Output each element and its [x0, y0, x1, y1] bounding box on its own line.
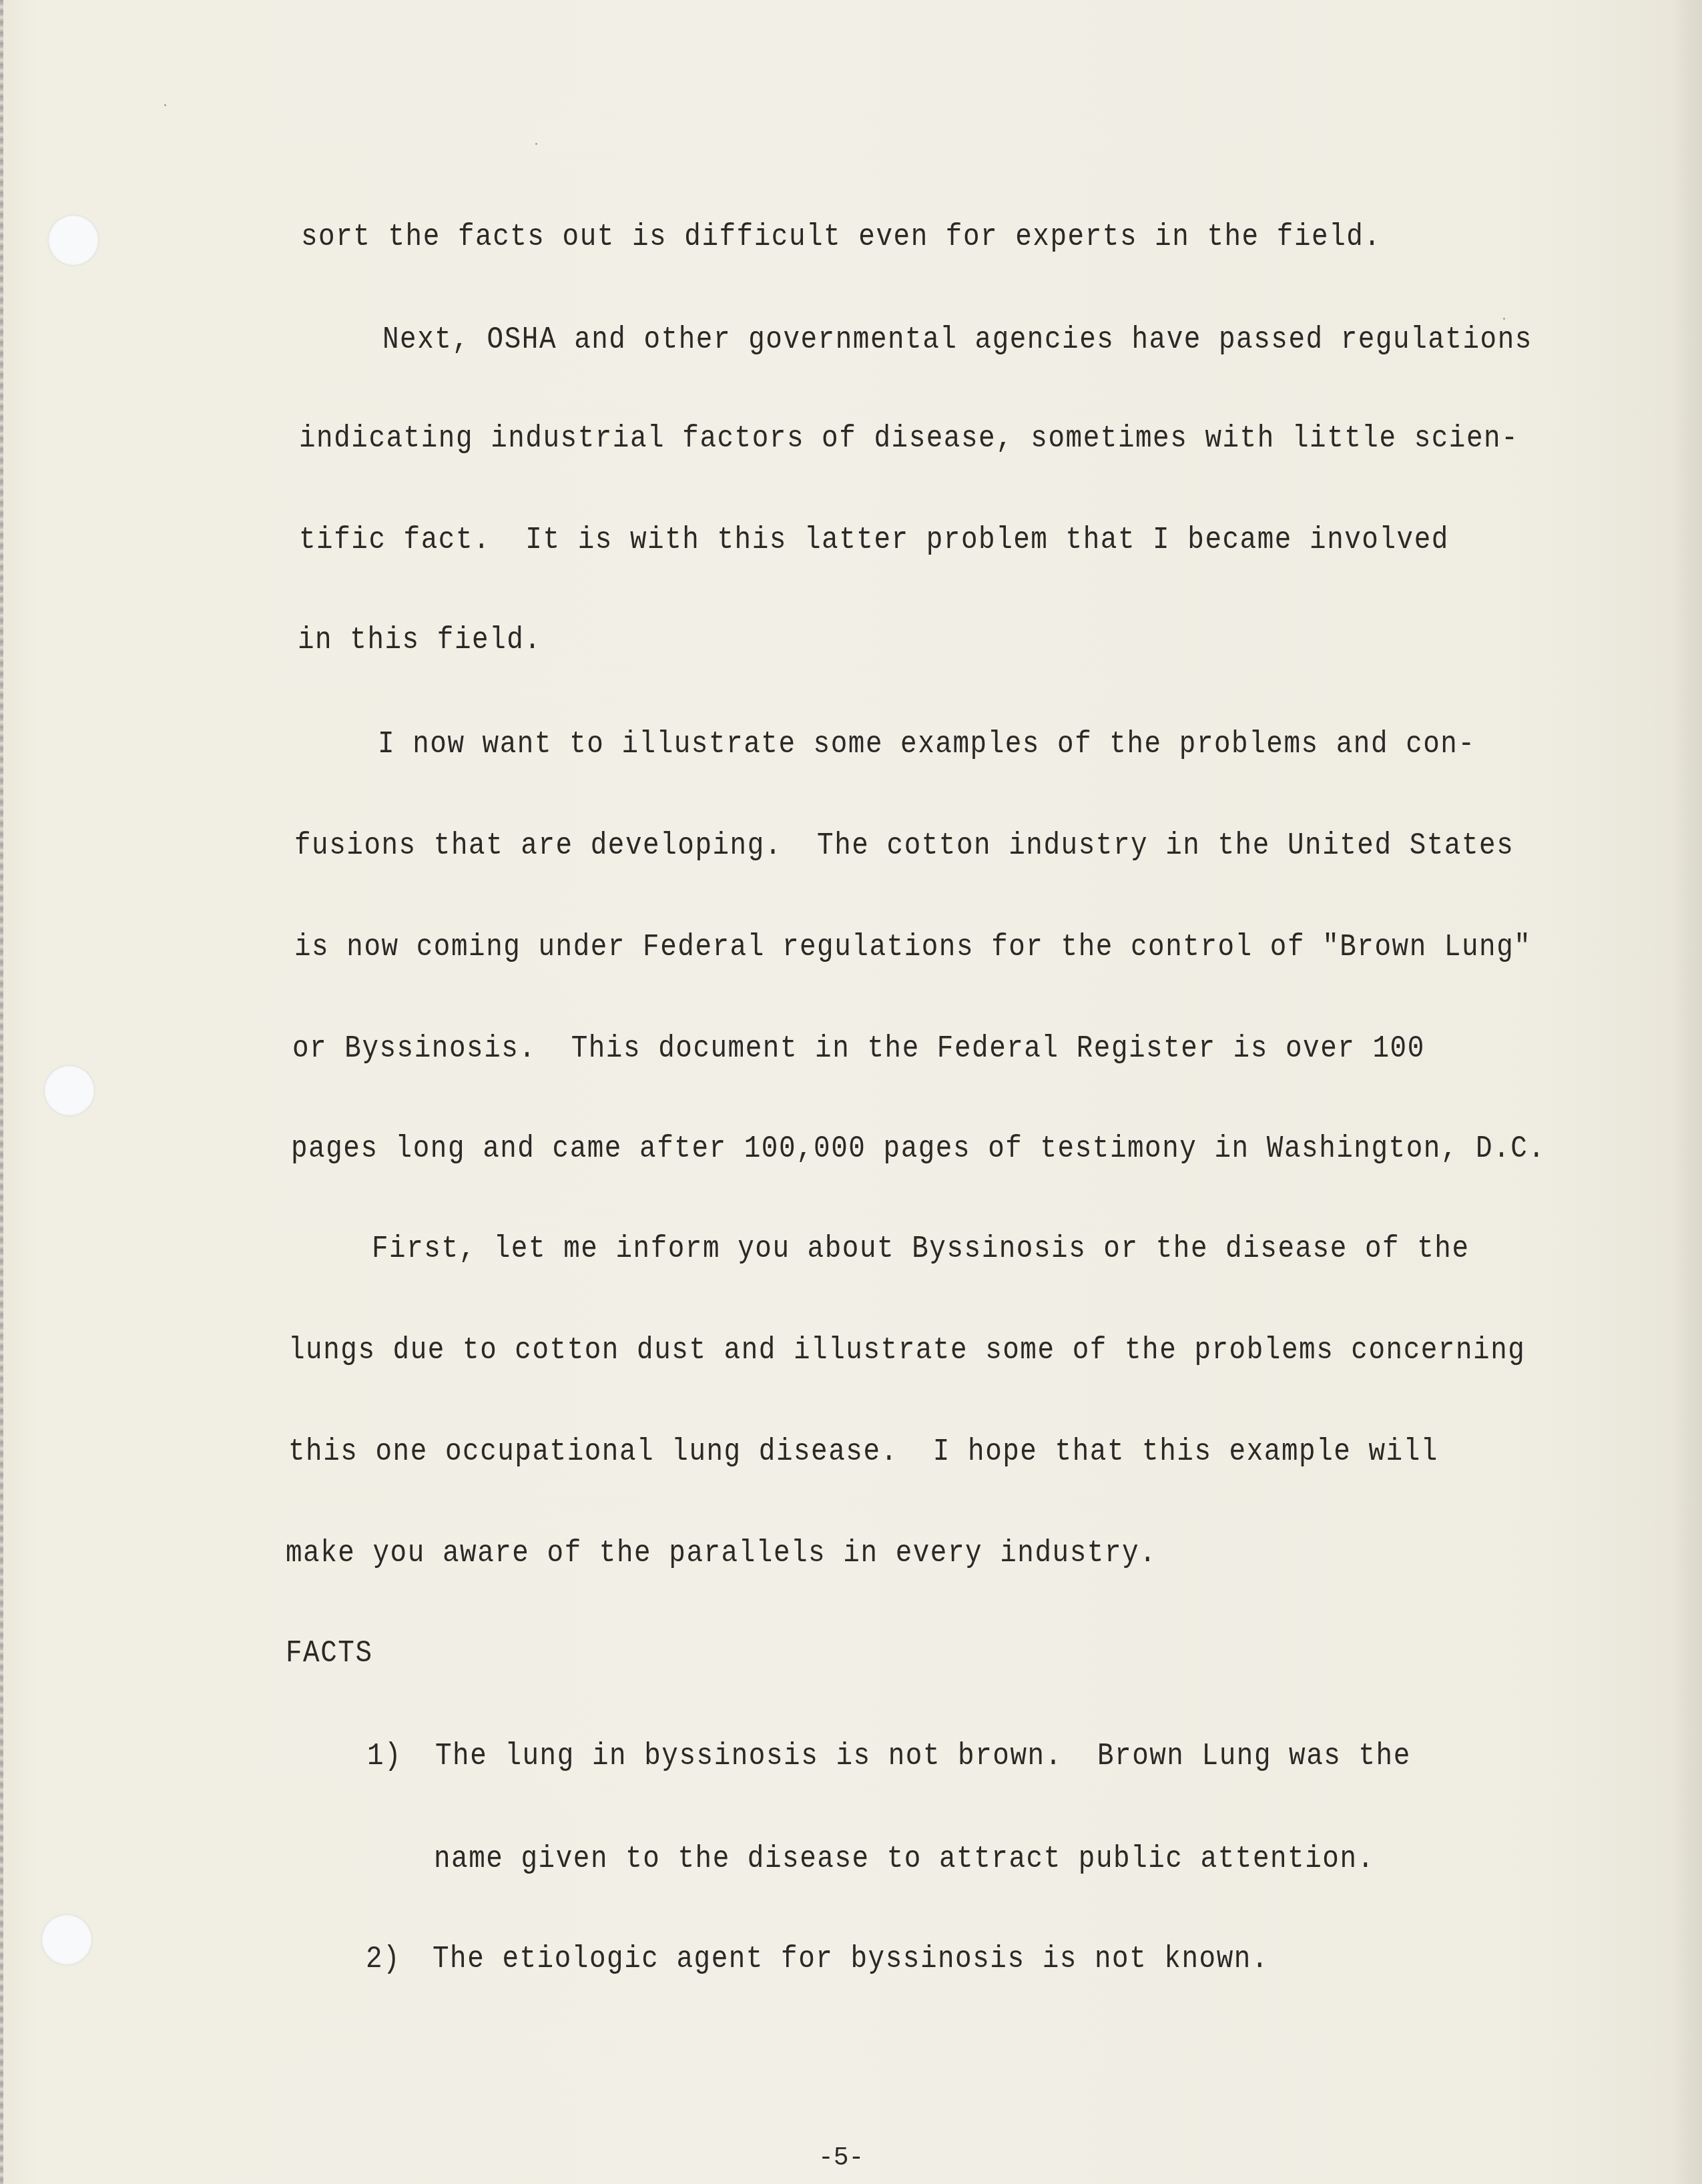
document-page: sort the facts out is difficult even for…: [0, 0, 1702, 2184]
body-text-line: or Byssinosis. This document in the Fede…: [292, 1032, 1425, 1067]
list-item-text: The etiologic agent for byssinosis is no…: [433, 1942, 1269, 1977]
body-text-line: Next, OSHA and other governmental agenci…: [382, 323, 1532, 358]
page-left-edge: [0, 0, 3, 2184]
body-text-line: is now coming under Federal regulations …: [294, 930, 1531, 965]
list-item-number: 2): [366, 1942, 400, 1977]
list-item-text: name given to the disease to attract pub…: [434, 1842, 1375, 1877]
body-text-line: tific fact. It is with this latter probl…: [299, 523, 1449, 558]
section-heading: FACTS: [286, 1637, 373, 1671]
body-text-line: in this field.: [298, 623, 541, 658]
body-text-line: lungs due to cotton dust and illustrate …: [288, 1334, 1525, 1368]
body-text-line: I now want to illustrate some examples o…: [378, 728, 1476, 762]
body-text-line: make you aware of the parallels in every…: [286, 1537, 1157, 1571]
page-right-shadow: [1672, 0, 1702, 2184]
punch-hole-icon: [44, 1065, 95, 1116]
body-text-line: this one occupational lung disease. I ho…: [288, 1435, 1438, 1470]
body-text-line: sort the facts out is difficult even for…: [301, 220, 1381, 255]
body-text-line: pages long and came after 100,000 pages …: [291, 1132, 1546, 1167]
body-text-line: First, let me inform you about Byssinosi…: [372, 1232, 1470, 1267]
paper-speck: [1503, 318, 1505, 320]
page-number: -5-: [818, 2144, 864, 2173]
paper-speck: [164, 104, 166, 106]
punch-hole-icon: [41, 1914, 92, 1965]
body-text-line: fusions that are developing. The cotton …: [294, 829, 1514, 864]
list-item-text: The lung in byssinosis is not brown. Bro…: [435, 1739, 1411, 1774]
body-text-line: indicating industrial factors of disease…: [299, 422, 1518, 457]
list-item-number: 1): [367, 1739, 402, 1774]
punch-hole-icon: [48, 215, 99, 266]
paper-speck: [535, 143, 537, 145]
